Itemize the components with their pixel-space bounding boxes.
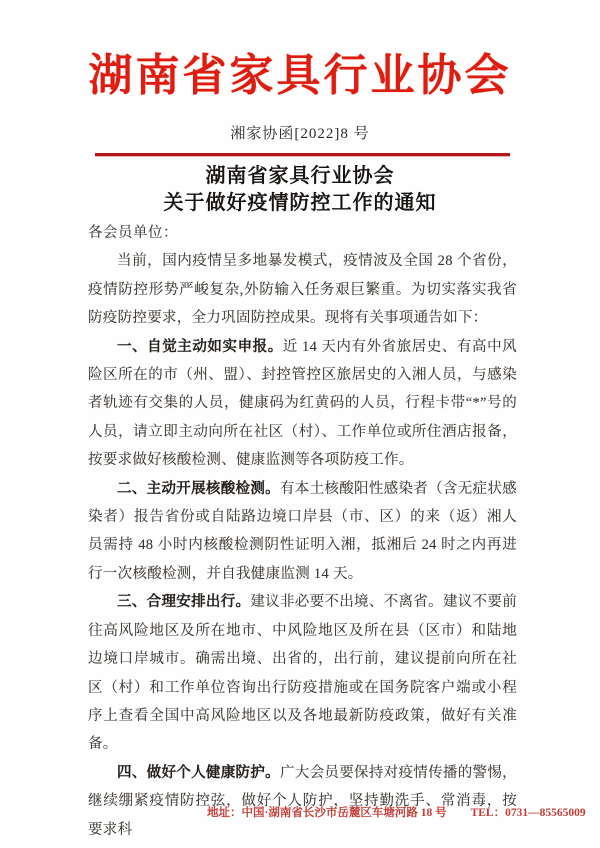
page-footer: 地址：中国·湖南省长沙市岳麓区车塘河路 18 号 TEL：0731—855650… [207, 805, 586, 821]
body-paragraph: 三、合理安排出行。建议非必要不出境、不离省。建议不要前往高风险地区及所在地市、中… [88, 588, 517, 758]
notice-title-line-2: 关于做好疫情防控工作的通知 [0, 190, 600, 217]
footer-address: 地址：中国·湖南省长沙市岳麓区车塘河路 18 号 [207, 805, 447, 821]
letterhead-title: 湖南省家具行业协会 [0, 50, 600, 102]
body-paragraph: 一、自觉主动如实申报。近 14 天内有外省旅居史、有高中风险区所在的市（州、盟）… [88, 333, 517, 475]
body-paragraph: 二、主动开展核酸检测。有本土核酸阳性感染者（含无症状感染者）报告省份或自陆路边境… [88, 475, 517, 589]
footer-telephone: TEL：0731—85565009 [471, 805, 586, 821]
document-number: 湘家协函[2022]8 号 [0, 123, 600, 145]
paragraph-text: 建议非必要不出境、不离省。建议不要前往高风险地区及所在地市、中风险地区及所在县（… [88, 594, 517, 752]
notice-title-line-1: 湖南省家具行业协会 [0, 163, 600, 190]
body-paragraphs: 当前，国内疫情呈多地暴发模式，疫情波及全国 28 个省份，疫情防控形势严峻复杂,… [88, 247, 517, 844]
paragraph-lead: 一、自觉主动如实申报。 [117, 339, 283, 355]
letterhead-divider-rule [95, 153, 510, 156]
paragraph-lead: 四、做好个人健康防护。 [117, 765, 280, 781]
paragraph-lead: 三、合理安排出行。 [117, 594, 250, 610]
notice-title: 湖南省家具行业协会 关于做好疫情防控工作的通知 [0, 163, 600, 217]
paragraph-text: 当前，国内疫情呈多地暴发模式，疫情波及全国 28 个省份，疫情防控形势严峻复杂,… [88, 253, 517, 326]
notice-body: 各会员单位： 当前，国内疫情呈多地暴发模式，疫情波及全国 28 个省份，疫情防控… [88, 219, 517, 844]
paragraph-lead: 二、主动开展核酸检测。 [117, 481, 280, 497]
body-paragraph: 四、做好个人健康防护。广大会员要保持对疫情传播的警惕，继续绷紧疫情防控弦，做好个… [88, 759, 517, 844]
body-paragraph: 当前，国内疫情呈多地暴发模式，疫情波及全国 28 个省份，疫情防控形势严峻复杂,… [88, 247, 517, 332]
document-page: 湖南省家具行业协会 湘家协函[2022]8 号 湖南省家具行业协会 关于做好疫情… [0, 0, 600, 848]
paragraph-text: 近 14 天内有外省旅居史、有高中风险区所在的市（州、盟）、封控管控区旅居史的入… [88, 339, 517, 469]
salutation: 各会员单位： [88, 219, 517, 247]
